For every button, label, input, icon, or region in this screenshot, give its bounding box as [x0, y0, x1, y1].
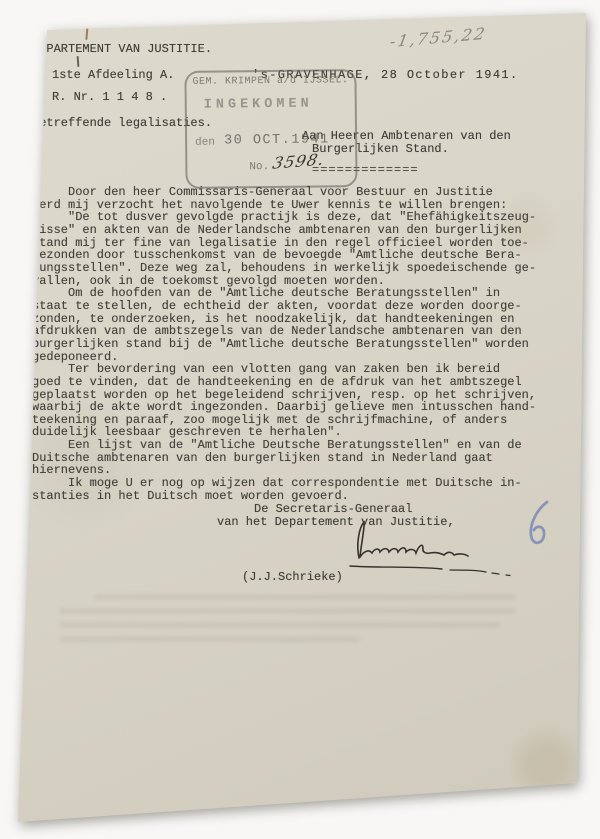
stamp-number-prefix: No. — [249, 161, 269, 173]
division-line: 1ste Afdeeling A. — [52, 68, 174, 82]
body-text: Door den heer Commissaris-Generaal voor … — [32, 186, 548, 502]
stamp-number-handwritten: 3598. — [271, 150, 327, 173]
bleed-through-line — [60, 622, 500, 628]
document-paper: -1,755,22 DEPARTEMENT VAN JUSTITIE. 1ste… — [0, 0, 600, 839]
pencil-tick — [77, 56, 79, 67]
pencil-amount-note: -1,755,22 — [389, 24, 488, 51]
blue-pencil-mark — [520, 498, 556, 552]
signed-name: (J.J.Schrieke) — [242, 570, 343, 584]
bleed-through-line — [60, 636, 360, 642]
department-title: DEPARTEMENT VAN JUSTITIE. — [32, 42, 212, 56]
bleed-through-line — [95, 594, 515, 600]
reference-line: R. Nr. 1 1 4 8 . — [52, 90, 167, 104]
bleed-through-line — [60, 608, 515, 614]
signature-ink — [320, 518, 515, 586]
stamp-date-prefix: den — [195, 137, 215, 149]
closing-role-line-1: De Secretaris-Generaal — [254, 502, 412, 516]
stamp-municipality: GEM. KRIMPEN a/d IJSSEL. — [186, 75, 354, 88]
stamp-date: 30 OCT.1941 — [224, 132, 330, 148]
paper-scratch — [85, 25, 88, 40]
receipt-stamp: GEM. KRIMPEN a/d IJSSEL. INGEKOMEN den 3… — [184, 69, 357, 189]
stamp-received-label: INGEKOMEN — [204, 97, 313, 113]
photo-background: -1,755,22 DEPARTEMENT VAN JUSTITIE. 1ste… — [0, 0, 600, 839]
